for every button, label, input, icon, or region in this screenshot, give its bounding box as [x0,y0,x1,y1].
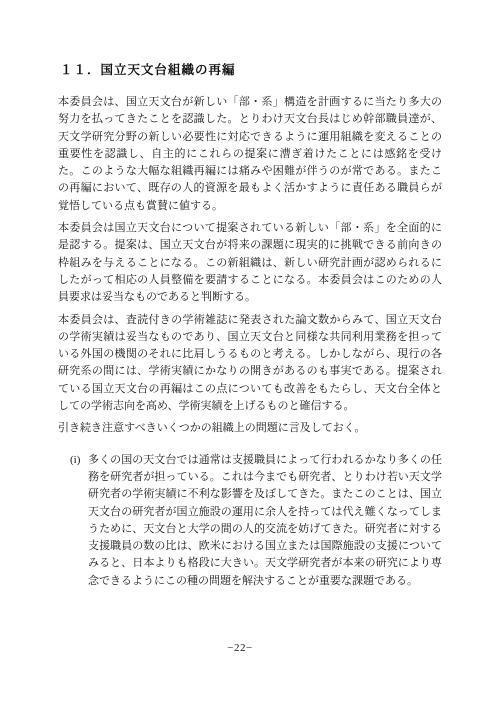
paragraph-commendation: 本委員会は、国立天文台が新しい「部・系」構造を計画するに当たり多大の努力を払って… [58,94,442,215]
document-content: １１．国立天文台組織の再編 本委員会は、国立天文台が新しい「部・系」構造を計画す… [58,60,442,590]
page-number: −22− [0,642,480,654]
paragraph-endorsement: 本委員会は国立天文台について提案されている新しい「部・系」を全面的に是認する。提… [58,220,442,306]
list-marker-i: (i) [70,452,88,590]
document-page: １１．国立天文台組織の再編 本委員会は、国立天文台が新しい「部・系」構造を計画す… [0,0,496,702]
list-item: (i) 多くの国の天文台では通常は支援職員によって行われるかなり多くの任務を研究… [70,452,442,590]
paragraph-lead-in: 引き続き注意すべきいくつかの組織上の問題に言及しておく。 [58,420,442,437]
section-title: １１．国立天文台組織の再編 [60,60,442,78]
paragraph-research-output: 本委員会は、査読付きの学術雑誌に発表された論文数からみて、国立天文台の学術実績は… [58,312,442,416]
list-item-text: 多くの国の天文台では通常は支援職員によって行われるかなり多くの任務を研究者が担っ… [88,452,442,590]
